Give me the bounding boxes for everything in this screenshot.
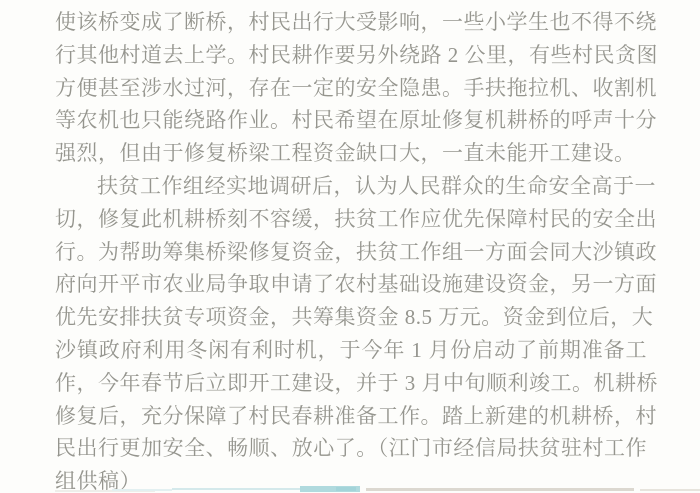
text-line: 扶贫工作组经实地调研后，认为人民群众的生命安全高于一 <box>55 170 647 203</box>
text-line: 优先安排扶贫专项资金，共筹集资金 8.5 万元。资金到位后，大 <box>55 301 647 334</box>
text-line: 组供稿） <box>55 465 647 493</box>
document-page: 使该桥变成了断桥，村民出行大受影响，一些小学生也不得不绕 行其他村道去上学。村民… <box>0 0 700 493</box>
text-line: 府向开平市农业局争取申请了农村基础设施建设资金，另一方面 <box>55 268 647 301</box>
text-line: 民出行更加安全、畅顺、放心了。（江门市经信局扶贫驻村工作 <box>55 432 647 465</box>
text-line: 行。为帮助筹集桥梁修复资金，扶贫工作组一方面会同大沙镇政 <box>55 236 647 269</box>
text-line: 方便甚至涉水过河，存在一定的安全隐患。手扶拖拉机、收割机 <box>55 72 647 105</box>
text-line: 作，今年春节后立即开工建设，并于 3 月中旬顺利竣工。机耕桥 <box>55 367 647 400</box>
text-line: 行其他村道去上学。村民耕作要另外绕路 2 公里，有些村民贪图 <box>55 39 647 72</box>
text-line: 使该桥变成了断桥，村民出行大受影响，一些小学生也不得不绕 <box>55 6 647 39</box>
text-line: 强烈，但由于修复桥梁工程资金缺口大，一直未能开工建设。 <box>55 137 647 170</box>
text-line: 等农机也只能绕路作业。村民希望在原址修复机耕桥的呼声十分 <box>55 104 647 137</box>
text-line: 修复后，充分保障了村民春耕准备工作。踏上新建的机耕桥，村 <box>55 400 647 433</box>
document-text-block: 使该桥变成了断桥，村民出行大受影响，一些小学生也不得不绕 行其他村道去上学。村民… <box>55 6 647 493</box>
text-line: 沙镇政府利用冬闲有利时机，于今年 1 月份启动了前期准备工 <box>55 334 647 367</box>
text-line: 切，修复此机耕桥刻不容缓，扶贫工作应优先保障村民的安全出 <box>55 203 647 236</box>
scan-artifact <box>640 489 700 491</box>
